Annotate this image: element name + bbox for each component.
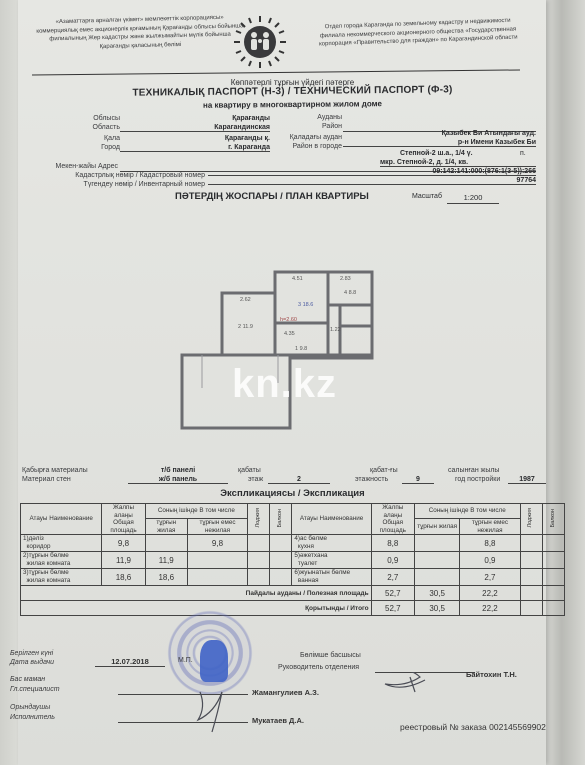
col-nonliving: тұрғын емес нежилая [187,519,247,535]
issued-date: 12.07.2018 [95,657,165,667]
year-label-ru: год постройки [455,476,500,483]
chief-label-ru: Гл.специалист [10,686,60,693]
wall-label-kz: Қабырға материалы [22,467,88,474]
col-living: тұрғын жилая [145,519,187,535]
head-label-kz: Бөлімше басшысы [300,652,361,659]
col-incl-2: Соның ішінде В том числе [414,504,520,519]
year-label-kz: салынған жылы [448,467,499,474]
floor-label-kz: қабаты [238,467,261,474]
col-loggia-2: Лоджия [527,508,535,528]
col-living-2: тұрғын жилая [414,519,459,535]
city-district-label-kz: Қаладағы аудан [270,134,342,141]
col-loggia: Лоджия [255,508,263,528]
city-label-kz: Қала [60,135,120,142]
exec-label-kz: Орындаушы [10,704,50,711]
city-label-ru: Город [60,144,120,151]
oblast-value-ru: Карагандинская [120,124,270,132]
registry-number: реестровый № заказа 002145569902 [400,722,546,732]
explication-table: Атауы Наименование Жалпы алаңы Общая пло… [20,503,565,616]
year-value: 1987 [508,476,546,484]
address-label: Мекен-жайы Адрес [30,163,118,170]
svg-text:4.35: 4.35 [284,331,295,337]
floor-label-ru: этаж [248,476,263,483]
svg-text:4.51: 4.51 [292,276,303,282]
city-value-ru: г. Караганда [120,144,270,152]
storeys-value: 9 [402,476,434,484]
cadastral-value: 09:142:141:000:(876:1(3-5)):266 [208,168,536,176]
issued-label-kz: Берілген күні [10,650,53,657]
header-org-kz: «Азаматтарға арналған үкімет» мемлекетті… [35,13,246,52]
table-row: 1)дәліз коридор 9,8 9,8 4)ас бөлме кухня… [21,535,565,552]
address-value-ru: мкр. Степной-2, д. 1/4, кв. [380,159,536,167]
district-label-kz: Ауданы [300,114,342,121]
city-value-kz: Қарағанды қ. [120,135,270,142]
col-name-2: Атауы Наименование [292,504,371,535]
col-name: Атауы Наименование [21,504,102,535]
city-district-value-ru: р-н Имени Казыбек Би [343,139,536,147]
scale-label: Масштаб [412,193,442,200]
inventory-value: 97764 [208,177,536,185]
svg-text:1.22: 1.22 [330,327,341,333]
col-incl: Соның ішінде В том числе [145,504,247,519]
address-value-kz: Степной-2 ш.а., 1/4 ү. [400,150,500,157]
table-row: 2)тұрғын бөлме жилая комната 11,9 11,9 5… [21,552,565,569]
city-district-value-kz: Қазыбек Би Атындағы ауд. [343,130,536,137]
head-label-ru: Руководитель отделения [278,664,359,671]
total-row: Қорытынды / Итого 52,7 30,5 22,2 [21,601,565,616]
wall-value-ru: ж/б панель [128,476,228,484]
exec-label-ru: Исполнитель [10,714,55,721]
plan-title: ПӘТЕРДІҢ ЖОСПАРЫ / ПЛАН КВАРТИРЫ [175,191,369,202]
family-sun-emblem-icon [232,14,288,70]
cadastral-label: Кадастрлық нөмір / Кадастровый номер [30,172,205,179]
explication-title: Экспликациясы / Экспликация [0,488,585,499]
address-value-kz-suffix: п. [520,150,535,157]
svg-text:2.62: 2.62 [240,297,251,303]
oblast-label-ru: Область [60,124,120,131]
col-balcony: Балкон [277,509,285,527]
chief-label-kz: Бас маман [10,676,45,683]
svg-text:h=2.60: h=2.60 [280,317,297,323]
svg-text:4 8.8: 4 8.8 [344,290,356,296]
col-total-2: Жалпы алаңы Общая площадь [371,504,414,535]
storeys-label-kz: қабат-ғы [370,467,398,474]
svg-text:3 18.6: 3 18.6 [298,302,313,308]
district-label-ru: Район [300,123,342,130]
useful-area-row: Пайдалы ауданы / Полезная площадь 52,7 3… [21,586,565,601]
col-nonliving-2: тұрғын емес нежилая [460,519,520,535]
storeys-label-ru: этажность [355,476,388,483]
mp-label: М.П. [178,657,193,664]
svg-text:1 9.8: 1 9.8 [295,346,307,352]
svg-text:2 11.9: 2 11.9 [238,324,253,330]
kn-kz-watermark: kn.kz [232,362,337,407]
floor-plan: 4.51 2.83 2.62 3 18.6 4 8.8 2 11.9 1 9.8… [180,268,380,440]
scale-value: 1:200 [447,193,499,204]
wall-value-kz: т/б панелі [128,467,228,474]
table-row: 3)тұрғын бөлме жилая комната 18,6 18,6 6… [21,569,565,586]
oblast-value-kz: Қарағанды [120,115,270,122]
inventory-label: Түгендеу нөмір / Инвентарный номер [30,181,205,188]
wall-label-ru: Материал стен [22,476,71,483]
svg-text:2.83: 2.83 [340,276,351,282]
col-total: Жалпы алаңы Общая площадь [102,504,145,535]
head-name: Байтохин Т.Н. [466,670,517,679]
issued-label-ru: Дата выдачи [10,659,54,666]
floor-value: 2 [268,476,330,484]
city-district-label-ru: Район в городе [270,143,342,150]
oblast-label-kz: Облысы [60,115,120,122]
col-balcony-2: Балкон [550,509,558,527]
